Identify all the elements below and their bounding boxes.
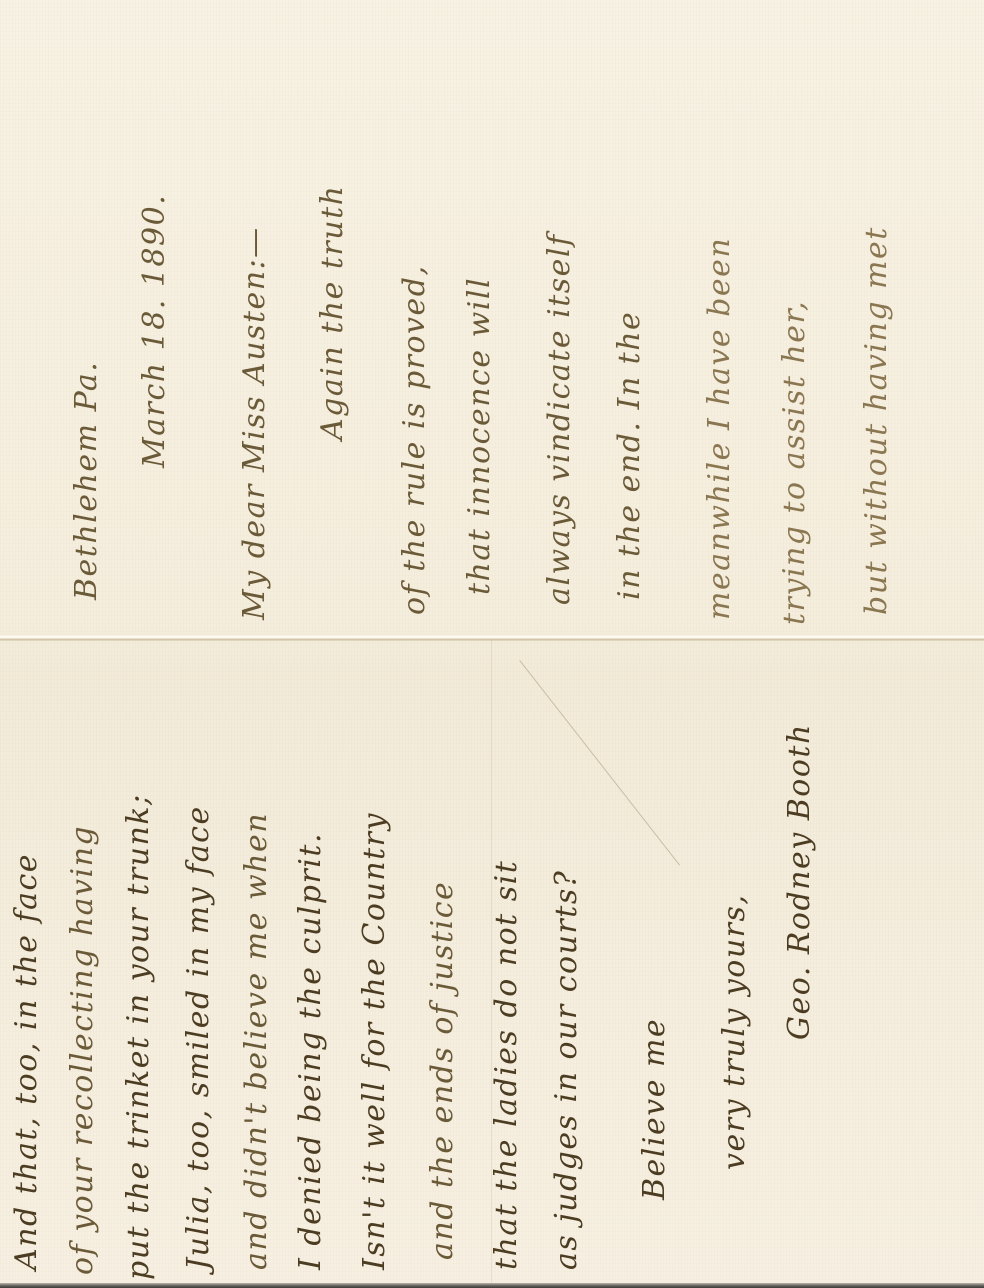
letter-place: Bethlehem Pa. <box>72 361 102 600</box>
letter-page-first: Bethlehem Pa. March 18. 1890. My dear Mi… <box>0 0 984 637</box>
letter-line: of the rule is proved, <box>400 265 430 616</box>
letter-page-second: And that, too, in the face of your recol… <box>0 640 984 1283</box>
letter-line: as judges in our courts? <box>552 870 582 1270</box>
letter-line: Isn't it well for the Country <box>360 812 390 1270</box>
letter-line: of your recollecting having <box>68 825 98 1275</box>
letter-line: And that, too, in the face <box>12 853 42 1270</box>
letter-line: in the end. In the <box>615 311 645 600</box>
letter-signature: Geo. Rodney Booth <box>785 723 815 1040</box>
letter-line: meanwhile I have been <box>705 237 735 620</box>
letter-line: always vindicate itself <box>545 233 575 605</box>
letter-line: that the ladies do not sit <box>492 860 522 1270</box>
letter-line: that innocence will <box>465 277 495 595</box>
letter-line: but without having met <box>862 226 892 615</box>
letter-closing: Believe me <box>640 1018 670 1200</box>
letter-line: trying to assist her, <box>780 300 810 625</box>
letter-scan: Bethlehem Pa. March 18. 1890. My dear Mi… <box>0 0 984 1288</box>
letter-line: and didn't believe me when <box>242 812 272 1270</box>
letter-date: March 18. 1890. <box>140 194 170 468</box>
letter-line: I denied being the culprit. <box>296 832 326 1270</box>
letter-line: Again the truth <box>318 185 348 440</box>
scan-edge-shadow <box>0 1283 984 1288</box>
letter-line: and the ends of justice <box>428 881 458 1260</box>
letter-valediction: very truly yours, <box>720 894 750 1170</box>
letter-salutation: My dear Miss Austen:— <box>240 226 270 620</box>
letter-line: put the trinket in your trunk; <box>124 793 154 1280</box>
paper-crease-vertical <box>491 640 492 1283</box>
letter-line: Julia, too, smiled in my face <box>184 805 214 1270</box>
